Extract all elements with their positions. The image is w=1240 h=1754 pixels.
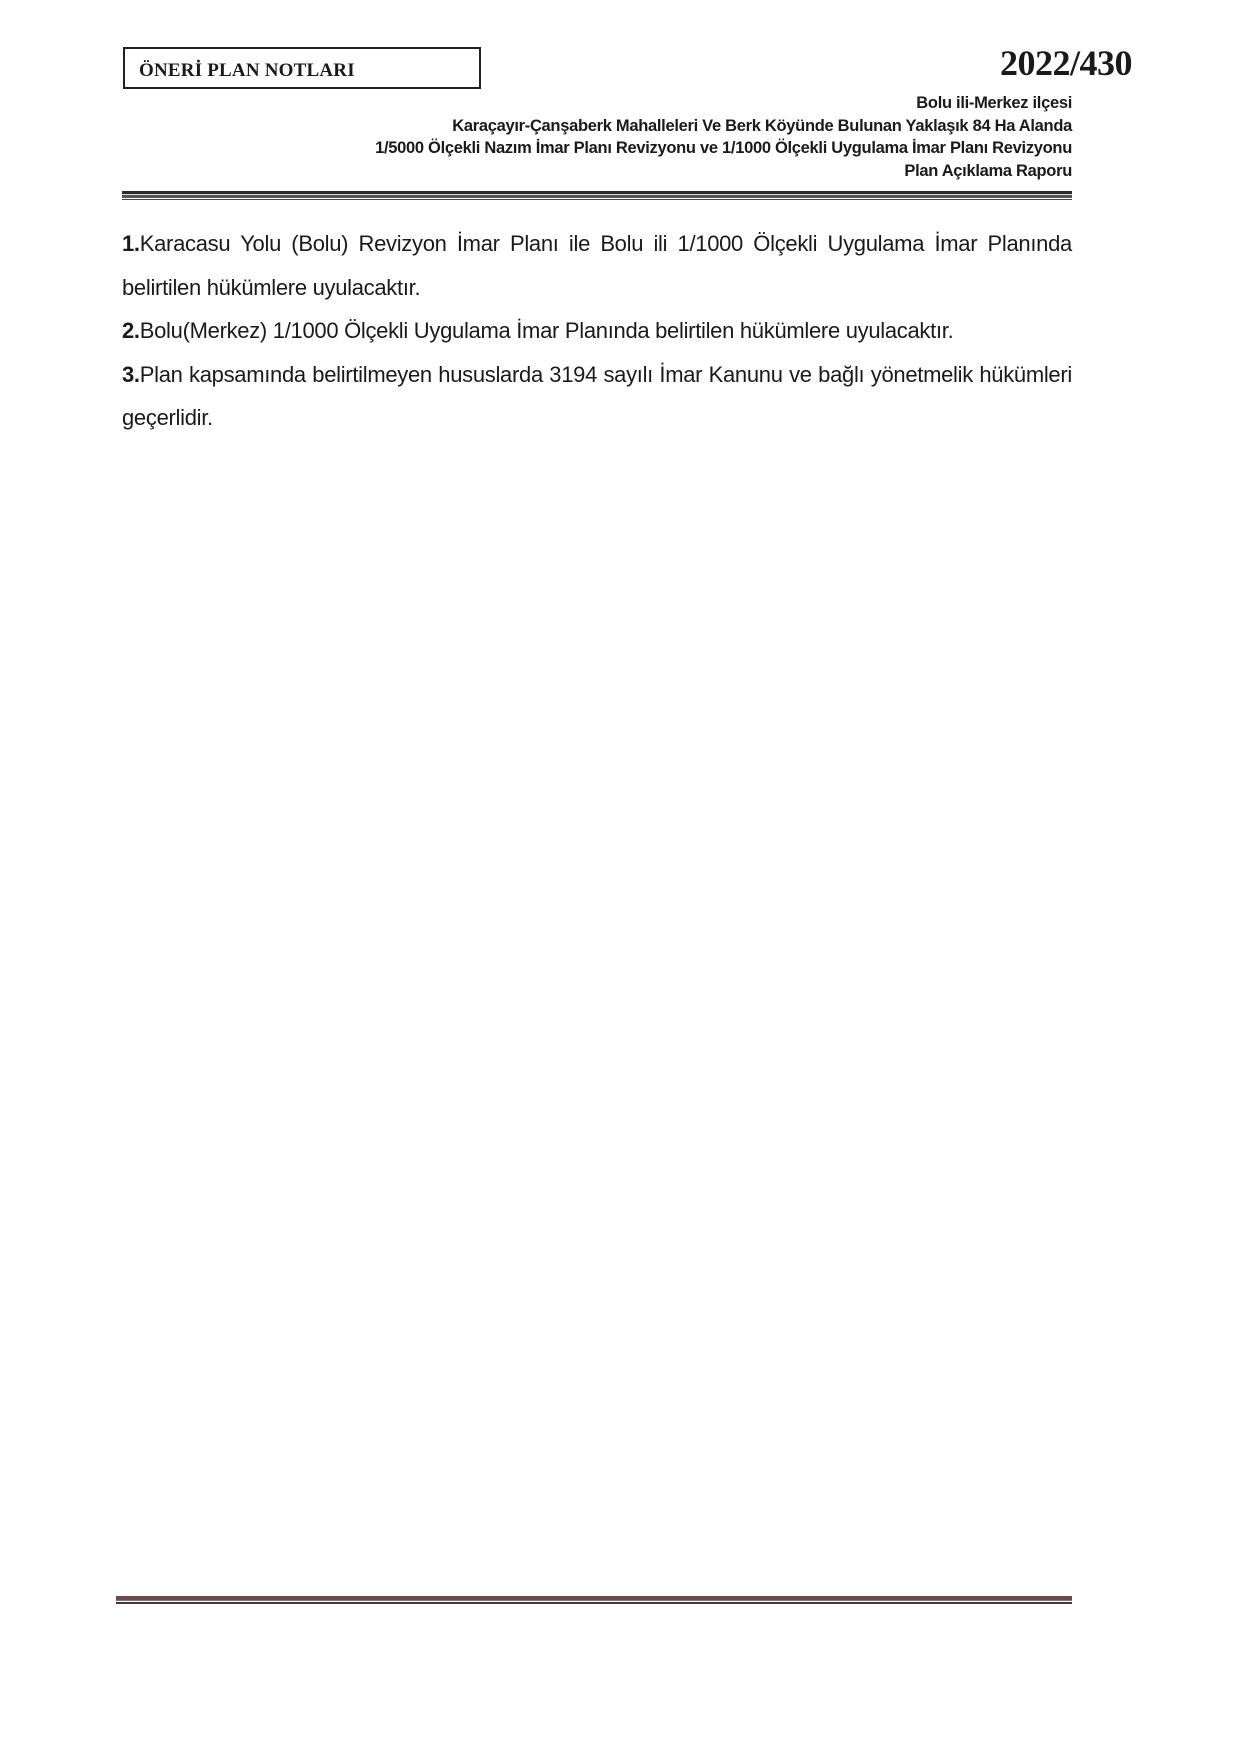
plan-notes-list: 1.Karacasu Yolu (Bolu) Revizyon İmar Pla…: [122, 222, 1072, 440]
plan-note: 3.Plan kapsamında belirtilmeyen hususlar…: [122, 353, 1072, 440]
note-text: Plan kapsamında belirtilmeyen hususlarda…: [122, 362, 1072, 431]
note-number: 3.: [122, 362, 140, 387]
footer-divider: [116, 1596, 1072, 1604]
header-line-area: Karaçayır-Çanşaberk Mahalleleri Ve Berk …: [375, 115, 1072, 138]
header-divider: [122, 191, 1072, 200]
header-subtitle-block: Bolu ili-Merkez ilçesi Karaçayır-Çanşabe…: [375, 92, 1072, 182]
plan-note: 1.Karacasu Yolu (Bolu) Revizyon İmar Pla…: [122, 222, 1072, 309]
title-box: ÖNERİ PLAN NOTLARI: [123, 47, 481, 89]
document-title: ÖNERİ PLAN NOTLARI: [139, 60, 355, 82]
plan-note: 2.Bolu(Merkez) 1/1000 Ölçekli Uygulama İ…: [122, 309, 1072, 353]
header-line-location: Bolu ili-Merkez ilçesi: [375, 92, 1072, 115]
note-number: 1.: [122, 231, 140, 256]
header-line-report-type: Plan Açıklama Raporu: [375, 160, 1072, 183]
note-text: Bolu(Merkez) 1/1000 Ölçekli Uygulama İma…: [140, 318, 954, 343]
note-text: Karacasu Yolu (Bolu) Revizyon İmar Planı…: [122, 231, 1072, 300]
header-line-plan-scope: 1/5000 Ölçekli Nazım İmar Planı Revizyon…: [375, 137, 1072, 160]
document-number: 2022/430: [1000, 42, 1132, 84]
note-number: 2.: [122, 318, 140, 343]
